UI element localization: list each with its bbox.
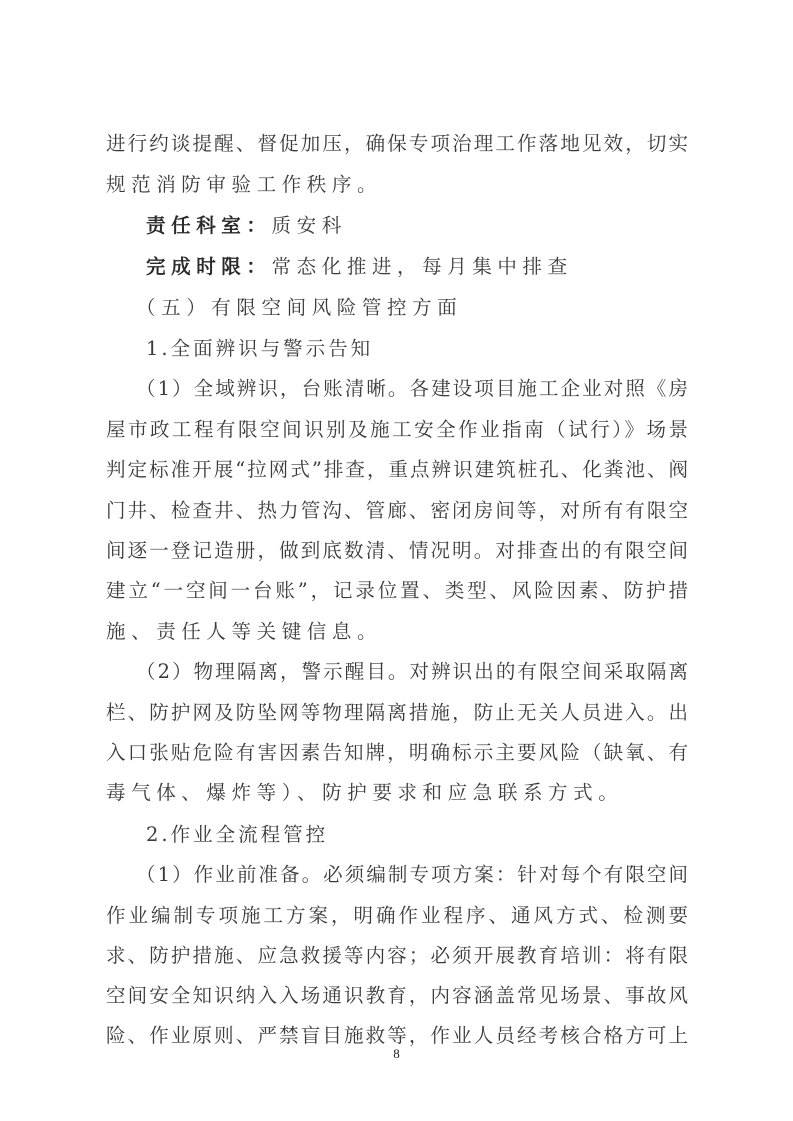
paragraph-line: 间逐一登记造册，做到底数清、情况明。对排查出的有限空间 [106, 538, 688, 564]
paragraph-line: 建立“一空间一台账”，记录位置、类型、风险因素、防护措 [106, 578, 688, 604]
paragraph-line: 空间安全知识纳入入场通识教育，内容涵盖常见场景、事故风 [106, 983, 688, 1009]
paragraph-line: 栏、防护网及防坠网等物理隔离措施，防止无关人员进入。出 [106, 700, 688, 726]
deadline-value: 常态化推进，每月集中排查 [272, 255, 573, 278]
paragraph-line: 作业编制专项施工方案，明确作业程序、通风方式、检测要 [106, 903, 688, 929]
document-page: 进行约谈提醒、督促加压，确保专项治理工作落地见效，切实 规范消防审验工作秩序。 … [0, 0, 793, 1121]
paragraph-line: 进行约谈提醒、督促加压，确保专项治理工作落地见效，切实 [106, 131, 688, 157]
paragraph-line: （2）物理隔离，警示醒目。对辨识出的有限空间采取隔离 [136, 659, 688, 685]
paragraph-line: 屋市政工程有限空间识别及施工安全作业指南（试行）》场景 [106, 417, 688, 443]
paragraph-line: 判定标准开展“拉网式”排查，重点辨识建筑桩孔、化粪池、阀 [106, 457, 688, 483]
responsible-dept-label: 责任科室： [146, 214, 272, 237]
deadline-label: 完成时限： [146, 255, 272, 278]
deadline-line: 完成时限：常态化推进，每月集中排查 [146, 254, 688, 280]
paragraph-line: 入口张贴危险有害因素告知牌，明确标示主要风险（缺氧、有 [106, 740, 688, 766]
section-heading: （五）有限空间风险管控方面 [136, 295, 678, 321]
paragraph-line: 求、防护措施、应急救援等内容；必须开展教育培训：将有限 [106, 943, 688, 969]
responsible-dept-line: 责任科室：质安科 [146, 213, 688, 239]
paragraph-line: 门井、检查井、热力管沟、管廊、密闭房间等，对所有有限空 [106, 498, 688, 524]
paragraph-line: 毒气体、爆炸等）、防护要求和应急联系方式。 [106, 780, 688, 806]
subsection-heading: 2.作业全流程管控 [146, 822, 688, 848]
paragraph-line: （1）作业前准备。必须编制专项方案：针对每个有限空间 [136, 862, 688, 888]
subsection-heading: 1.全面辨识与警示告知 [146, 336, 688, 362]
responsible-dept-value: 质安科 [272, 214, 347, 237]
paragraph-line: 规范消防审验工作秩序。 [106, 172, 688, 198]
paragraph-line: （1）全域辨识，台账清晰。各建设项目施工企业对照《房 [136, 376, 688, 402]
paragraph-line: 施、责任人等关键信息。 [106, 619, 688, 645]
page-number: 8 [0, 1046, 793, 1062]
